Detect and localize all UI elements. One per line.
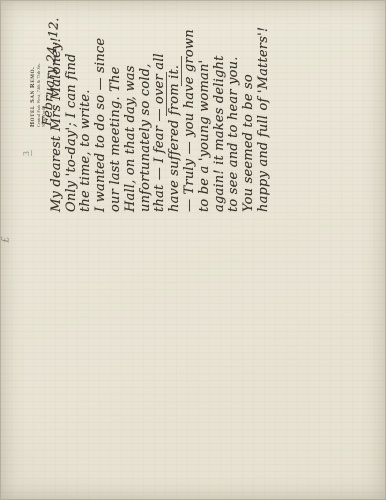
letter-line: the time, to write.: [79, 0, 94, 212]
pencil-mark-left: £: [1, 236, 12, 242]
letter-line: happy and full of 'Matters'!: [257, 0, 272, 212]
letter-line: Only 'to-day'; I can find: [65, 0, 80, 212]
letter-line: You seemed to be so: [242, 0, 257, 212]
paper-sheet: Hotel San Remo. Central Park West, 74th …: [0, 0, 386, 500]
letter-line: again! it makes delight: [213, 0, 228, 212]
ink-underline: [166, 72, 167, 116]
letter-line: I wanted to do so — since: [94, 0, 109, 212]
letter-line: our last meeting. The: [109, 0, 124, 212]
letter-line: to see and to hear you.: [227, 0, 242, 212]
ink-underline: [181, 56, 182, 86]
letter-line: to be a 'young woman': [198, 0, 213, 212]
letter-line: — Truly — you have grown: [183, 0, 198, 212]
letter-scan: Hotel San Remo. Central Park West, 74th …: [0, 0, 386, 500]
letter-line: have suffered from it.: [168, 0, 183, 212]
letter-body: February 24. 12. My dearest Mrs Maloney!…: [35, 0, 273, 212]
letter-line: Hall, on that day, was: [124, 0, 139, 212]
letter-lines: My dearest Mrs Maloney!Only 'to-day'; I …: [50, 0, 272, 212]
pencil-mark-top: 3: [22, 150, 32, 156]
letter-line: unfortunately so cold,: [139, 0, 154, 212]
